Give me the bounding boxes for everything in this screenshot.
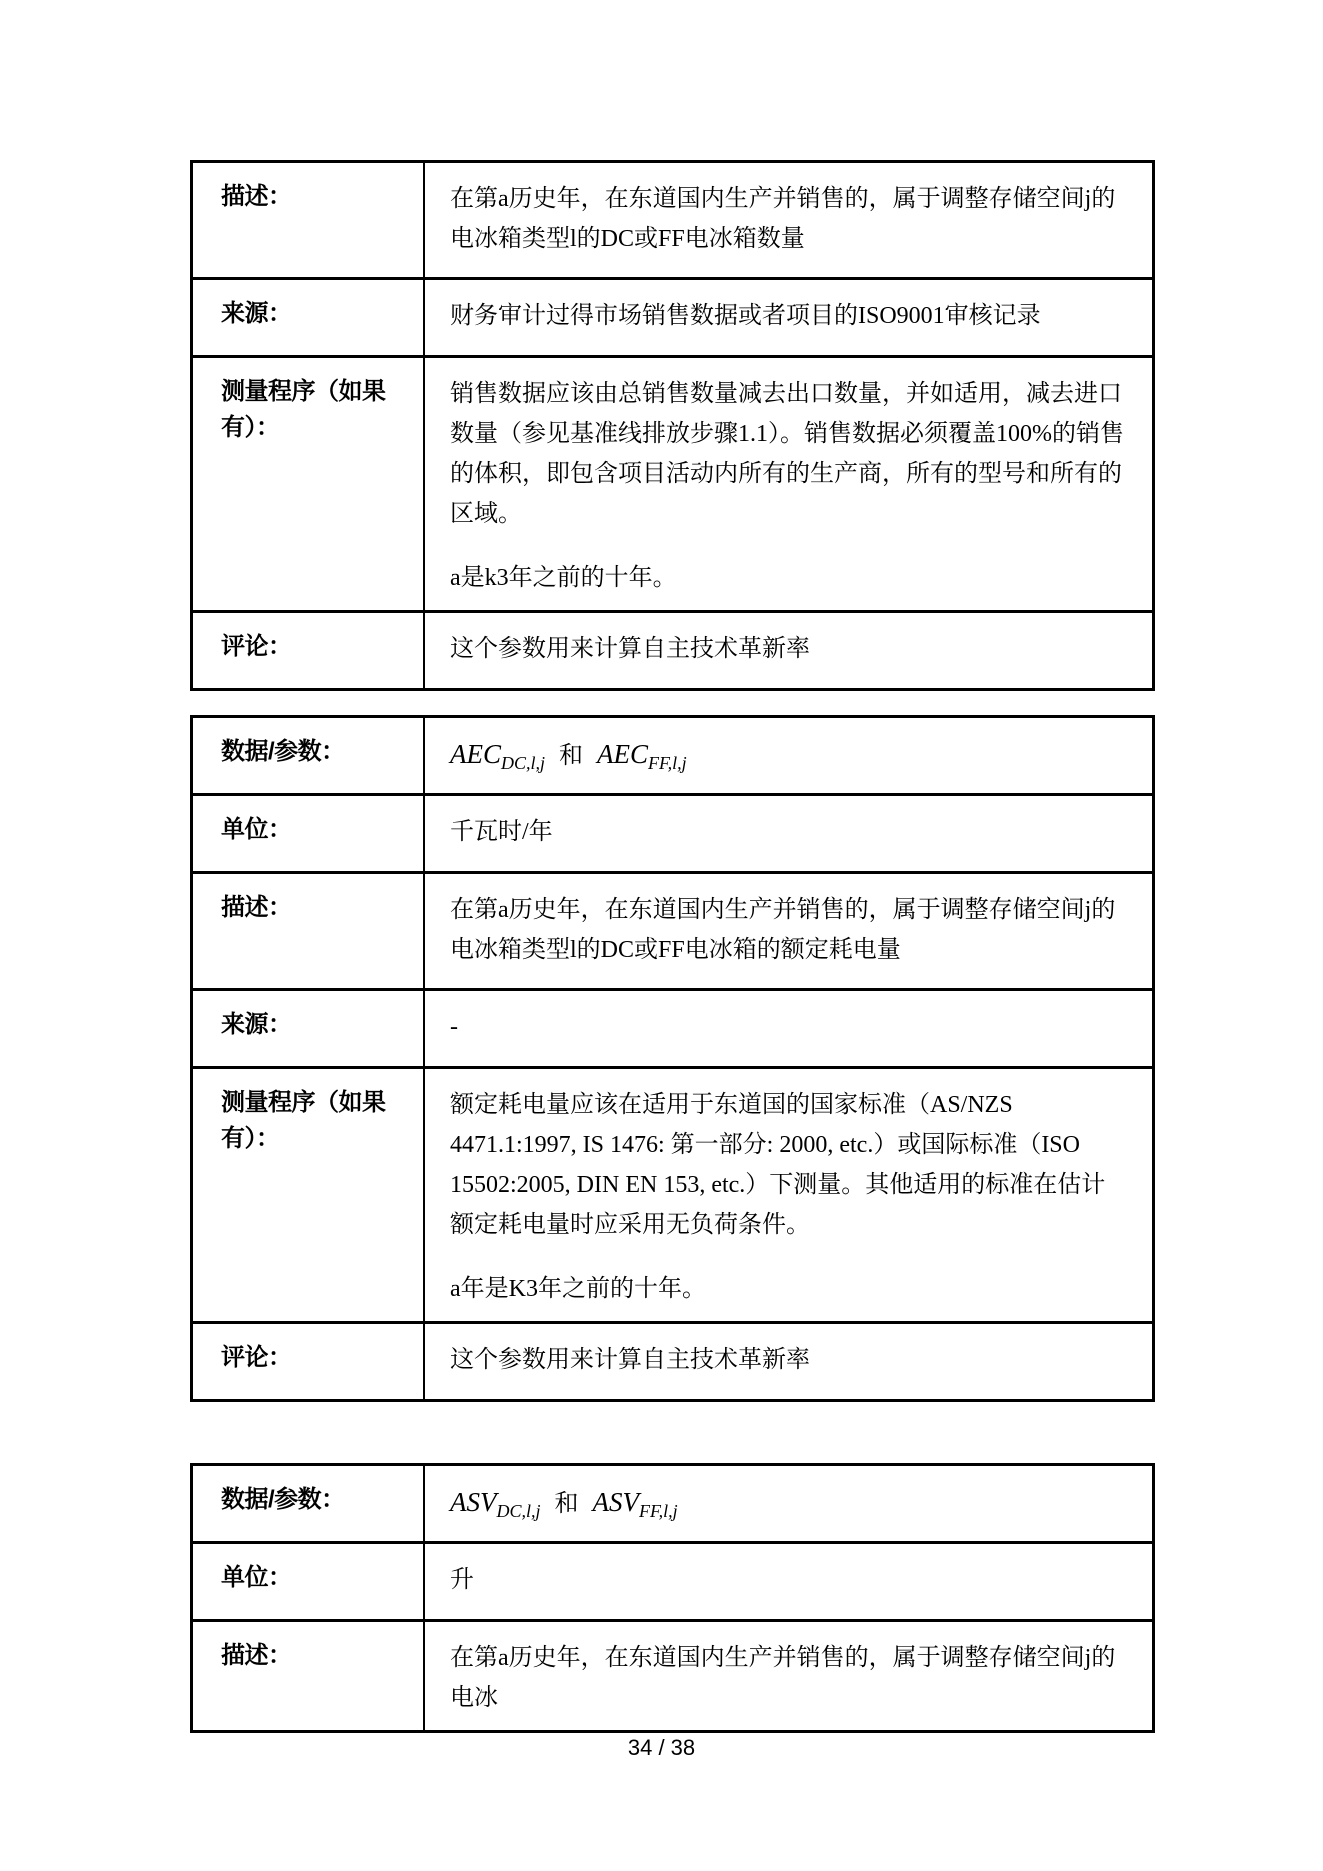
paragraph: 在第a历史年，在东道国内生产并销售的，属于调整存储空间j的电冰箱类型l的DC或F… xyxy=(450,179,1127,259)
row-label: 数据/参数： xyxy=(193,718,423,793)
row-label: 来源： xyxy=(193,991,423,1066)
paragraph: 销售数据应该由总销售数量减去出口数量，并如适用，减去进口数量（参见基准线排放步骤… xyxy=(450,374,1127,534)
parameter-formula: ASVDC,l,j和ASVFF,l,j xyxy=(450,1482,1127,1524)
table-row: 测量程序（如果有）： 销售数据应该由总销售数量减去出口数量，并如适用，减去进口数… xyxy=(193,355,1152,610)
row-label: 评论： xyxy=(193,613,423,688)
table-row: 单位： 升 xyxy=(193,1541,1152,1619)
formula-subscript: FF,l,j xyxy=(639,1501,678,1521)
formula-subscript: DC,l,j xyxy=(501,753,545,773)
row-label: 测量程序（如果有）： xyxy=(193,358,423,610)
row-content: 千瓦时/年 xyxy=(423,796,1152,871)
row-label: 来源： xyxy=(193,280,423,355)
paragraph: 在第a历史年，在东道国内生产并销售的，属于调整存储空间j的电冰箱类型l的DC或F… xyxy=(450,890,1127,970)
table-row: 描述： 在第a历史年，在东道国内生产并销售的，属于调整存储空间j的电冰箱类型l的… xyxy=(193,871,1152,988)
paragraph: a是k3年之前的十年。 xyxy=(450,558,1127,598)
row-label: 数据/参数： xyxy=(193,1466,423,1541)
row-content: 这个参数用来计算自主技术革新率 xyxy=(423,613,1152,688)
table-row: 描述： 在第a历史年，在东道国内生产并销售的，属于调整存储空间j的电冰箱类型l的… xyxy=(193,163,1152,277)
paragraph: 这个参数用来计算自主技术革新率 xyxy=(450,1340,1127,1380)
parameter-table-2: 数据/参数： AECDC,l,j和AECFF,l,j 单位： 千瓦时/年 描述：… xyxy=(190,715,1155,1402)
paragraph: - xyxy=(450,1007,1127,1047)
paragraph: 额定耗电量应该在适用于东道国的国家标准（AS/NZS 4471.1:1997, … xyxy=(450,1085,1127,1245)
row-label: 描述： xyxy=(193,163,423,277)
row-content: 额定耗电量应该在适用于东道国的国家标准（AS/NZS 4471.1:1997, … xyxy=(423,1069,1152,1321)
row-content: - xyxy=(423,991,1152,1066)
formula-conjunction: 和 xyxy=(555,1491,579,1517)
formula-subscript: FF,l,j xyxy=(648,753,687,773)
table-row: 来源： 财务审计过得市场销售数据或者项目的ISO9001审核记录 xyxy=(193,277,1152,355)
row-label: 测量程序（如果有）： xyxy=(193,1069,423,1321)
row-content: ASVDC,l,j和ASVFF,l,j xyxy=(423,1466,1152,1541)
table-row: 单位： 千瓦时/年 xyxy=(193,793,1152,871)
row-content: 在第a历史年，在东道国内生产并销售的，属于调整存储空间j的电冰 xyxy=(423,1622,1152,1730)
paragraph: 在第a历史年，在东道国内生产并销售的，属于调整存储空间j的电冰 xyxy=(450,1638,1127,1718)
row-content: 在第a历史年，在东道国内生产并销售的，属于调整存储空间j的电冰箱类型l的DC或F… xyxy=(423,874,1152,988)
row-label: 描述： xyxy=(193,874,423,988)
table-row: 描述： 在第a历史年，在东道国内生产并销售的，属于调整存储空间j的电冰 xyxy=(193,1619,1152,1730)
paragraph: a年是K3年之前的十年。 xyxy=(450,1269,1127,1309)
row-content: 财务审计过得市场销售数据或者项目的ISO9001审核记录 xyxy=(423,280,1152,355)
formula-variable: ASV xyxy=(450,1487,497,1517)
formula-variable: ASV xyxy=(593,1487,640,1517)
row-label: 描述： xyxy=(193,1622,423,1730)
formula-variable: AEC xyxy=(450,739,501,769)
row-content: AECDC,l,j和AECFF,l,j xyxy=(423,718,1152,793)
table-row: 数据/参数： ASVDC,l,j和ASVFF,l,j xyxy=(193,1466,1152,1541)
row-label: 单位： xyxy=(193,1544,423,1619)
row-content: 在第a历史年，在东道国内生产并销售的，属于调整存储空间j的电冰箱类型l的DC或F… xyxy=(423,163,1152,277)
table-row: 数据/参数： AECDC,l,j和AECFF,l,j xyxy=(193,718,1152,793)
paragraph: 这个参数用来计算自主技术革新率 xyxy=(450,629,1127,669)
table-row: 评论： 这个参数用来计算自主技术革新率 xyxy=(193,610,1152,688)
row-content: 这个参数用来计算自主技术革新率 xyxy=(423,1324,1152,1399)
formula-subscript: DC,l,j xyxy=(497,1501,541,1521)
table-row: 来源： - xyxy=(193,988,1152,1066)
formula-variable: AEC xyxy=(597,739,648,769)
row-label: 单位： xyxy=(193,796,423,871)
page-number: 34 / 38 xyxy=(0,1733,1323,1763)
paragraph: 财务审计过得市场销售数据或者项目的ISO9001审核记录 xyxy=(450,296,1127,336)
paragraph: 升 xyxy=(450,1560,1127,1600)
table-row: 测量程序（如果有）： 额定耗电量应该在适用于东道国的国家标准（AS/NZS 44… xyxy=(193,1066,1152,1321)
row-content: 销售数据应该由总销售数量减去出口数量，并如适用，减去进口数量（参见基准线排放步骤… xyxy=(423,358,1152,610)
parameter-formula: AECDC,l,j和AECFF,l,j xyxy=(450,734,1127,776)
table-row: 评论： 这个参数用来计算自主技术革新率 xyxy=(193,1321,1152,1399)
parameter-table-1: 描述： 在第a历史年，在东道国内生产并销售的，属于调整存储空间j的电冰箱类型l的… xyxy=(190,160,1155,691)
document-page: 描述： 在第a历史年，在东道国内生产并销售的，属于调整存储空间j的电冰箱类型l的… xyxy=(0,0,1323,1871)
paragraph: 千瓦时/年 xyxy=(450,812,1127,852)
formula-conjunction: 和 xyxy=(559,743,583,769)
row-content: 升 xyxy=(423,1544,1152,1619)
row-label: 评论： xyxy=(193,1324,423,1399)
parameter-table-3: 数据/参数： ASVDC,l,j和ASVFF,l,j 单位： 升 描述： 在第a… xyxy=(190,1463,1155,1733)
